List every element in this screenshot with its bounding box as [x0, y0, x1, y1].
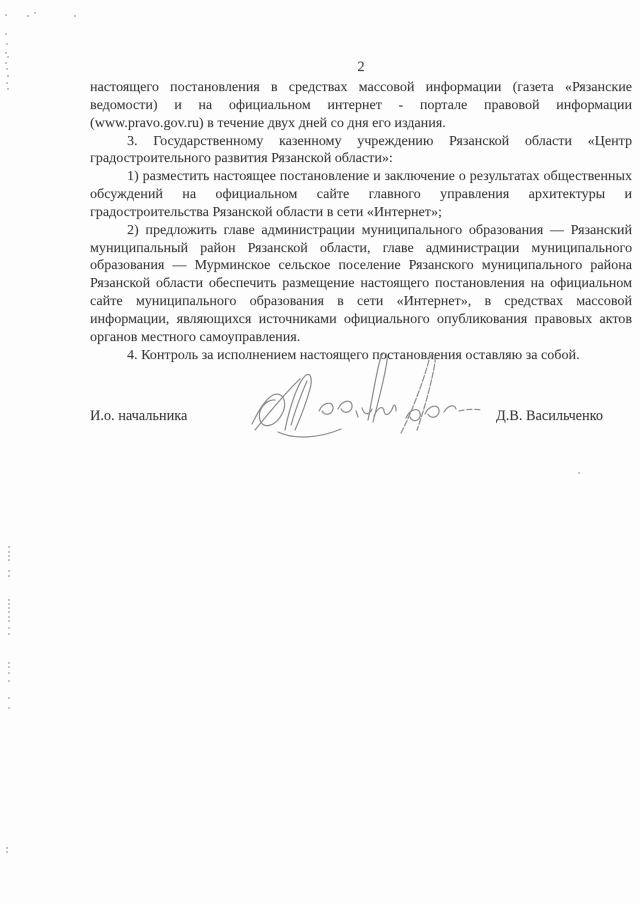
scan-noise-dot: [8, 599, 10, 601]
scan-noise-dot: [8, 707, 10, 709]
scan-noise-dot: [27, 15, 29, 17]
scan-noise-dot: [578, 472, 580, 474]
document-body: настоящего постановления в средствах мас…: [90, 79, 632, 365]
scan-noise-dot: [8, 575, 10, 577]
scan-noise-dot: [8, 611, 10, 613]
scan-noise-dot: [5, 33, 7, 35]
paragraph: настоящего постановления в средствах мас…: [90, 79, 632, 133]
scan-noise-dot: [8, 627, 10, 629]
scan-noise-dot: [6, 68, 8, 70]
scan-noise-dot: [8, 570, 10, 572]
scanned-document-page: 2 настоящего постановления в средствах м…: [0, 0, 640, 905]
paragraph: 2) предложить главе администрации муници…: [90, 222, 632, 347]
scan-noise-dot: [8, 551, 10, 553]
scan-noise-dot: [8, 666, 10, 668]
scan-noise-dot: [8, 672, 10, 674]
scan-noise-dot: [8, 680, 10, 682]
scan-noise-dot: [8, 555, 10, 557]
scan-noise-dot: [8, 616, 10, 618]
scan-noise-dot: [7, 88, 9, 90]
scan-noise-dot: [8, 603, 10, 605]
scan-noise-dot: [8, 697, 10, 699]
scan-noise-dot: [8, 546, 10, 548]
scan-noise-dot: [8, 620, 10, 622]
paragraph: 3. Государственному казенному учреждению…: [90, 133, 632, 169]
scan-noise-dot: [74, 15, 76, 17]
page-number: 2: [90, 59, 632, 76]
paragraph: 4. Контроль за исполнением настоящего по…: [90, 347, 632, 365]
scan-noise-dot: [8, 559, 10, 561]
signatory-name: Д.В. Васильченко: [496, 408, 603, 425]
scan-noise-dot: [6, 82, 8, 84]
paragraph: 1) разместить настоящее постановление и …: [90, 168, 632, 222]
scan-noise-dot: [8, 607, 10, 609]
scan-noise-dot: [5, 62, 7, 64]
scan-noise-dot: [6, 847, 8, 849]
scan-noise-dot: [5, 14, 7, 16]
scan-noise-dot: [7, 56, 9, 58]
scan-noise-dot: [7, 75, 9, 77]
scan-noise-dot: [34, 12, 36, 14]
scan-noise-dot: [8, 662, 10, 664]
scan-noise-dot: [8, 633, 10, 635]
signatory-position: И.о. начальника: [90, 408, 187, 425]
scan-noise-dot: [5, 52, 7, 54]
scan-noise-dot: [6, 851, 8, 853]
signature-row: И.о. начальника Д.В. Васильченко: [90, 408, 603, 425]
scan-noise-dot: [6, 43, 8, 45]
